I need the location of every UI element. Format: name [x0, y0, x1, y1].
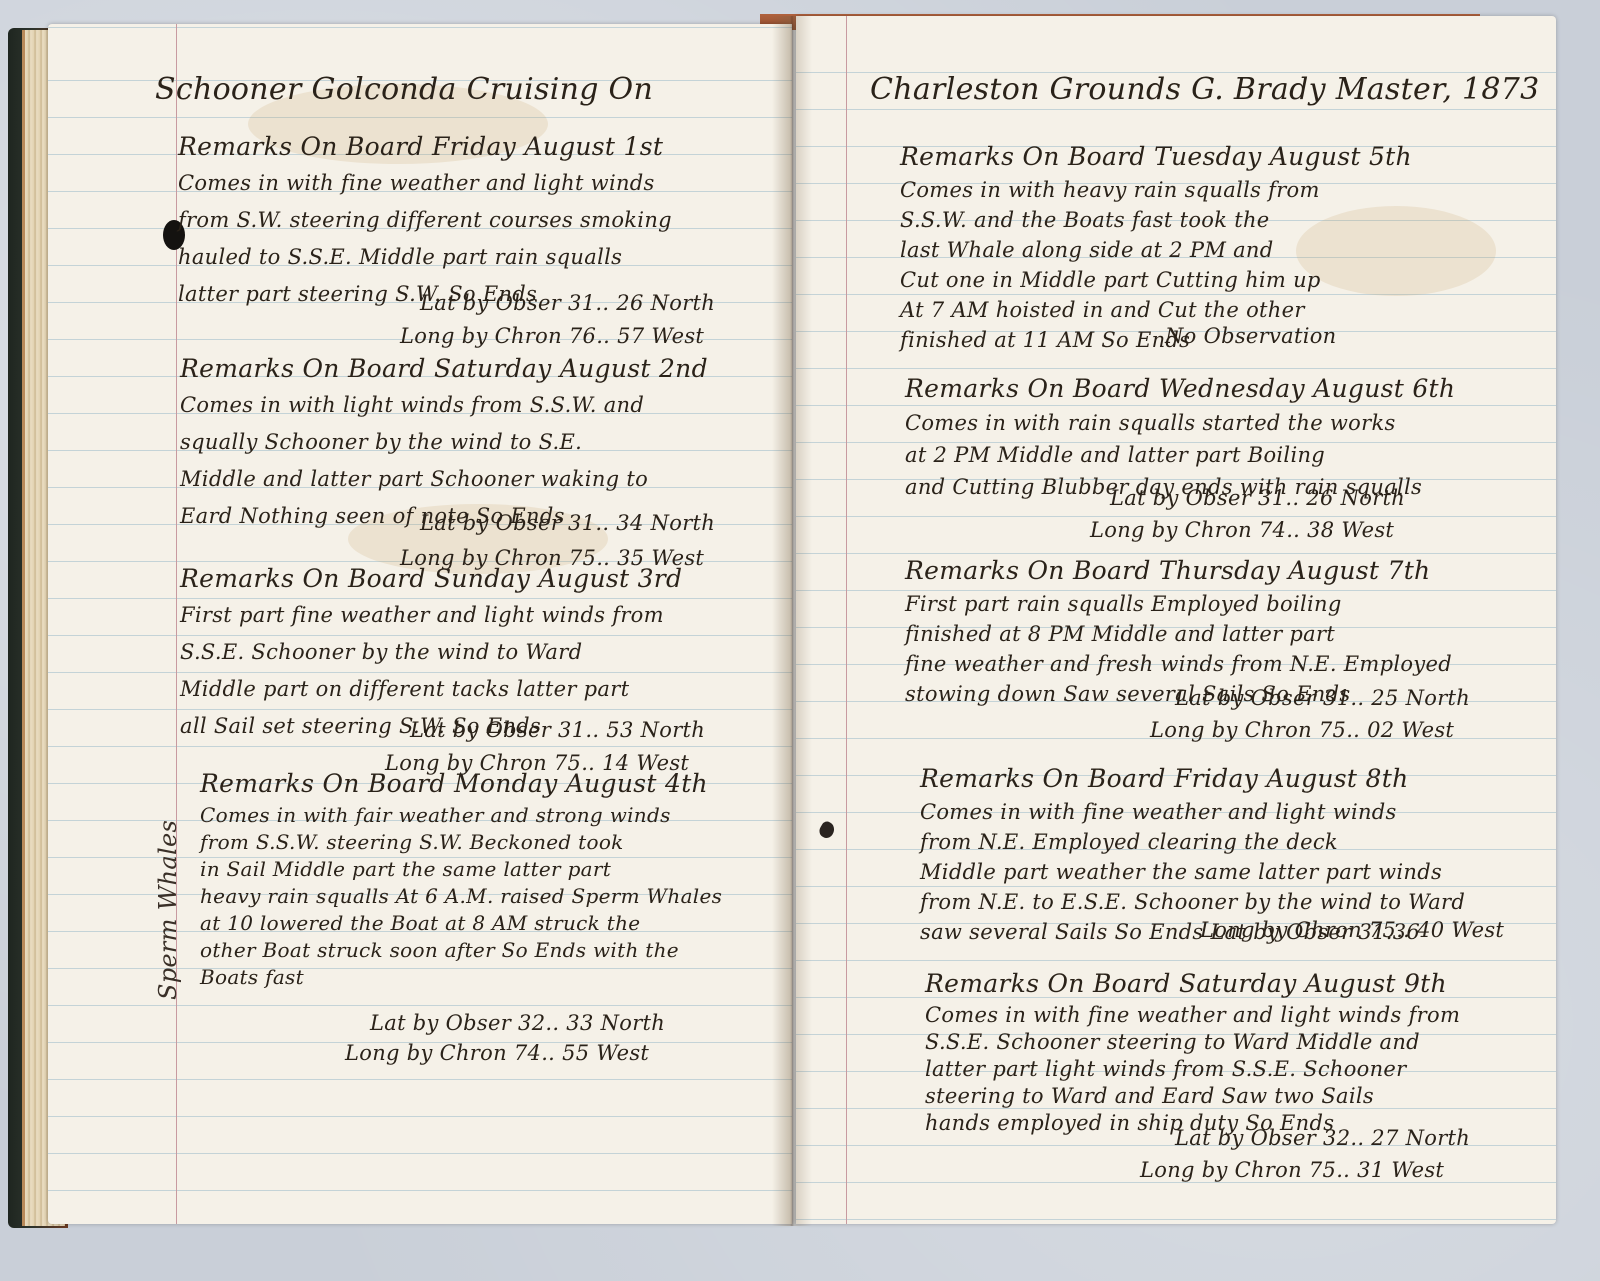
entry-line: Cut one in Middle part Cutting him up [900, 265, 1412, 295]
margin-line [846, 16, 847, 1224]
right-page-heading: Charleston Grounds G. Brady Master, 1873 [870, 70, 1540, 110]
entry-line: S.S.E. Schooner by the wind to Ward [180, 634, 682, 671]
entry-line: First part rain squalls Employed boiling [905, 589, 1452, 619]
entry-line: fine weather and fresh winds from N.E. E… [905, 649, 1452, 679]
latitude-observation: Lat by Obser 31.. 53 North [410, 712, 705, 749]
log-entry: Remarks On Board Saturday August 9th Com… [925, 965, 1460, 1137]
entry-title: Remarks On Board Friday August 1st [178, 128, 672, 165]
longitude-observation: Long by Chron 75.. 40 West [1200, 912, 1504, 949]
longitude-observation: Long by Chron 74.. 55 West [345, 1035, 649, 1072]
latitude-observation: Lat by Obser 31.. 34 North [420, 505, 715, 542]
latitude-observation: Lat by Obser 31.. 26 North [420, 285, 715, 322]
entry-line: heavy rain squalls At 6 A.M. raised Sper… [200, 883, 722, 910]
observation-note: No Observation [1165, 318, 1337, 355]
entry-line: Comes in with fine weather and light win… [925, 1002, 1460, 1029]
entry-line: S.S.W. and the Boats fast took the [900, 205, 1412, 235]
entry-line: Comes in with light winds from S.S.W. an… [180, 387, 708, 424]
longitude-observation: Long by Chron 75.. 02 West [1150, 712, 1454, 749]
entry-line: First part fine weather and light winds … [180, 597, 682, 634]
entry-line: hauled to S.S.E. Middle part rain squall… [178, 239, 672, 276]
margin-line [176, 24, 177, 1224]
entry-line: at 10 lowered the Boat at 8 AM struck th… [200, 910, 722, 937]
entry-title: Remarks On Board Friday August 8th [920, 760, 1465, 797]
entry-line: Comes in with fair weather and strong wi… [200, 802, 722, 829]
entry-line: Comes in with heavy rain squalls from [900, 175, 1412, 205]
longitude-observation: Long by Chron 74.. 38 West [1090, 512, 1394, 549]
entry-line: from S.S.W. steering S.W. Beckoned took [200, 829, 722, 856]
logbook-spread: Schooner Golconda Cruising On Sperm Whal… [0, 0, 1600, 1281]
entry-line: finished at 8 PM Middle and latter part [905, 619, 1452, 649]
entry-line: Comes in with fine weather and light win… [920, 797, 1465, 827]
longitude-observation: Long by Chron 75.. 31 West [1140, 1152, 1444, 1189]
entry-title: Remarks On Board Saturday August 9th [925, 965, 1460, 1002]
entry-title: Remarks On Board Wednesday August 6th [905, 370, 1455, 407]
entry-line: at 2 PM Middle and latter part Boiling [905, 439, 1455, 471]
entry-line: S.S.E. Schooner steering to Ward Middle … [925, 1029, 1460, 1056]
entry-line: from N.E. Employed clearing the deck [920, 827, 1465, 857]
entry-line: Middle part weather the same latter part… [920, 857, 1465, 887]
entry-line: last Whale along side at 2 PM and [900, 235, 1412, 265]
entry-line: latter part light winds from S.S.E. Scho… [925, 1056, 1460, 1083]
entry-title: Remarks On Board Thursday August 7th [905, 552, 1452, 589]
entry-line: Middle and latter part Schooner waking t… [180, 461, 708, 498]
entry-line: Comes in with rain squalls started the w… [905, 407, 1455, 439]
entry-line: in Sail Middle part the same latter part [200, 856, 722, 883]
margin-note: Sperm Whales [150, 820, 187, 1000]
entry-title: Remarks On Board Monday August 4th [200, 765, 722, 802]
entry-line: from S.W. steering different courses smo… [178, 202, 672, 239]
left-page-heading: Schooner Golconda Cruising On [155, 70, 653, 110]
entry-title: Remarks On Board Tuesday August 5th [900, 138, 1412, 175]
entry-line: squally Schooner by the wind to S.E. [180, 424, 708, 461]
entry-title: Remarks On Board Saturday August 2nd [180, 350, 708, 387]
entry-line: Boats fast [200, 964, 722, 991]
entry-line: Middle part on different tacks latter pa… [180, 671, 682, 708]
entry-title: Remarks On Board Sunday August 3rd [180, 560, 682, 597]
log-entry: Remarks On Board Monday August 4th Comes… [200, 765, 722, 991]
entry-line: other Boat struck soon after So Ends wit… [200, 937, 722, 964]
entry-line: steering to Ward and Eard Saw two Sails [925, 1083, 1460, 1110]
entry-line: Comes in with fine weather and light win… [178, 165, 672, 202]
